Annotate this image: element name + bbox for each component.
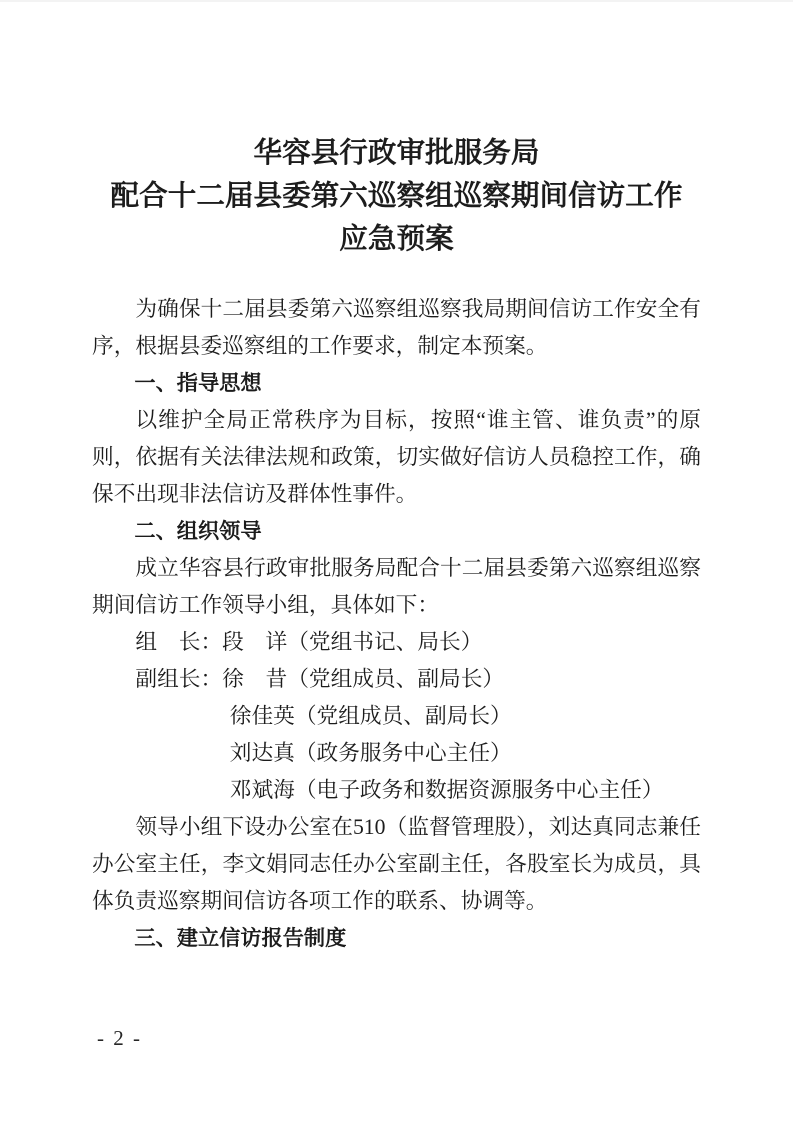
title-line-3: 应急预案 — [92, 218, 701, 261]
leader-line-deputy-2: 徐佳英（党组成员、副局长） — [92, 698, 701, 735]
leader-line-deputy-4: 邓斌海（电子政务和数据资源服务中心主任） — [92, 772, 701, 809]
paragraph-preamble: 为确保十二届县委第六巡察组巡察我局期间信访工作安全有序，根据县委巡察组的工作要求… — [92, 291, 701, 365]
paragraph-office-setup: 领导小组下设办公室在510（监督管理股），刘达真同志兼任办公室主任，李文娟同志任… — [92, 809, 701, 920]
title-line-2: 配合十二届县委第六巡察组巡察期间信访工作 — [92, 175, 701, 218]
leader-line-deputy-1: 副组长：徐 昔（党组成员、副局长） — [92, 661, 701, 698]
leader-line-deputy-3: 刘达真（政务服务中心主任） — [92, 735, 701, 772]
paragraph-org-setup: 成立华容县行政审批服务局配合十二届县委第六巡察组巡察期间信访工作领导小组，具体如… — [92, 550, 701, 624]
section-heading-3: 三、建立信访报告制度 — [92, 920, 701, 957]
scan-edge — [0, 0, 793, 2]
page-number: - 2 - — [97, 1025, 142, 1051]
section-heading-1: 一、指导思想 — [92, 365, 701, 402]
paragraph-guiding-thought: 以维护全局正常秩序为目标，按照“谁主管、谁负责”的原则，依据有关法律法规和政策，… — [92, 402, 701, 513]
title-line-1: 华容县行政审批服务局 — [92, 132, 701, 175]
document-page-content: 华容县行政审批服务局 配合十二届县委第六巡察组巡察期间信访工作 应急预案 为确保… — [92, 132, 701, 957]
section-heading-2: 二、组织领导 — [92, 513, 701, 550]
leader-line-head: 组 长：段 详（党组书记、局长） — [92, 624, 701, 661]
document-title: 华容县行政审批服务局 配合十二届县委第六巡察组巡察期间信访工作 应急预案 — [92, 132, 701, 261]
document-body: 为确保十二届县委第六巡察组巡察我局期间信访工作安全有序，根据县委巡察组的工作要求… — [92, 291, 701, 957]
